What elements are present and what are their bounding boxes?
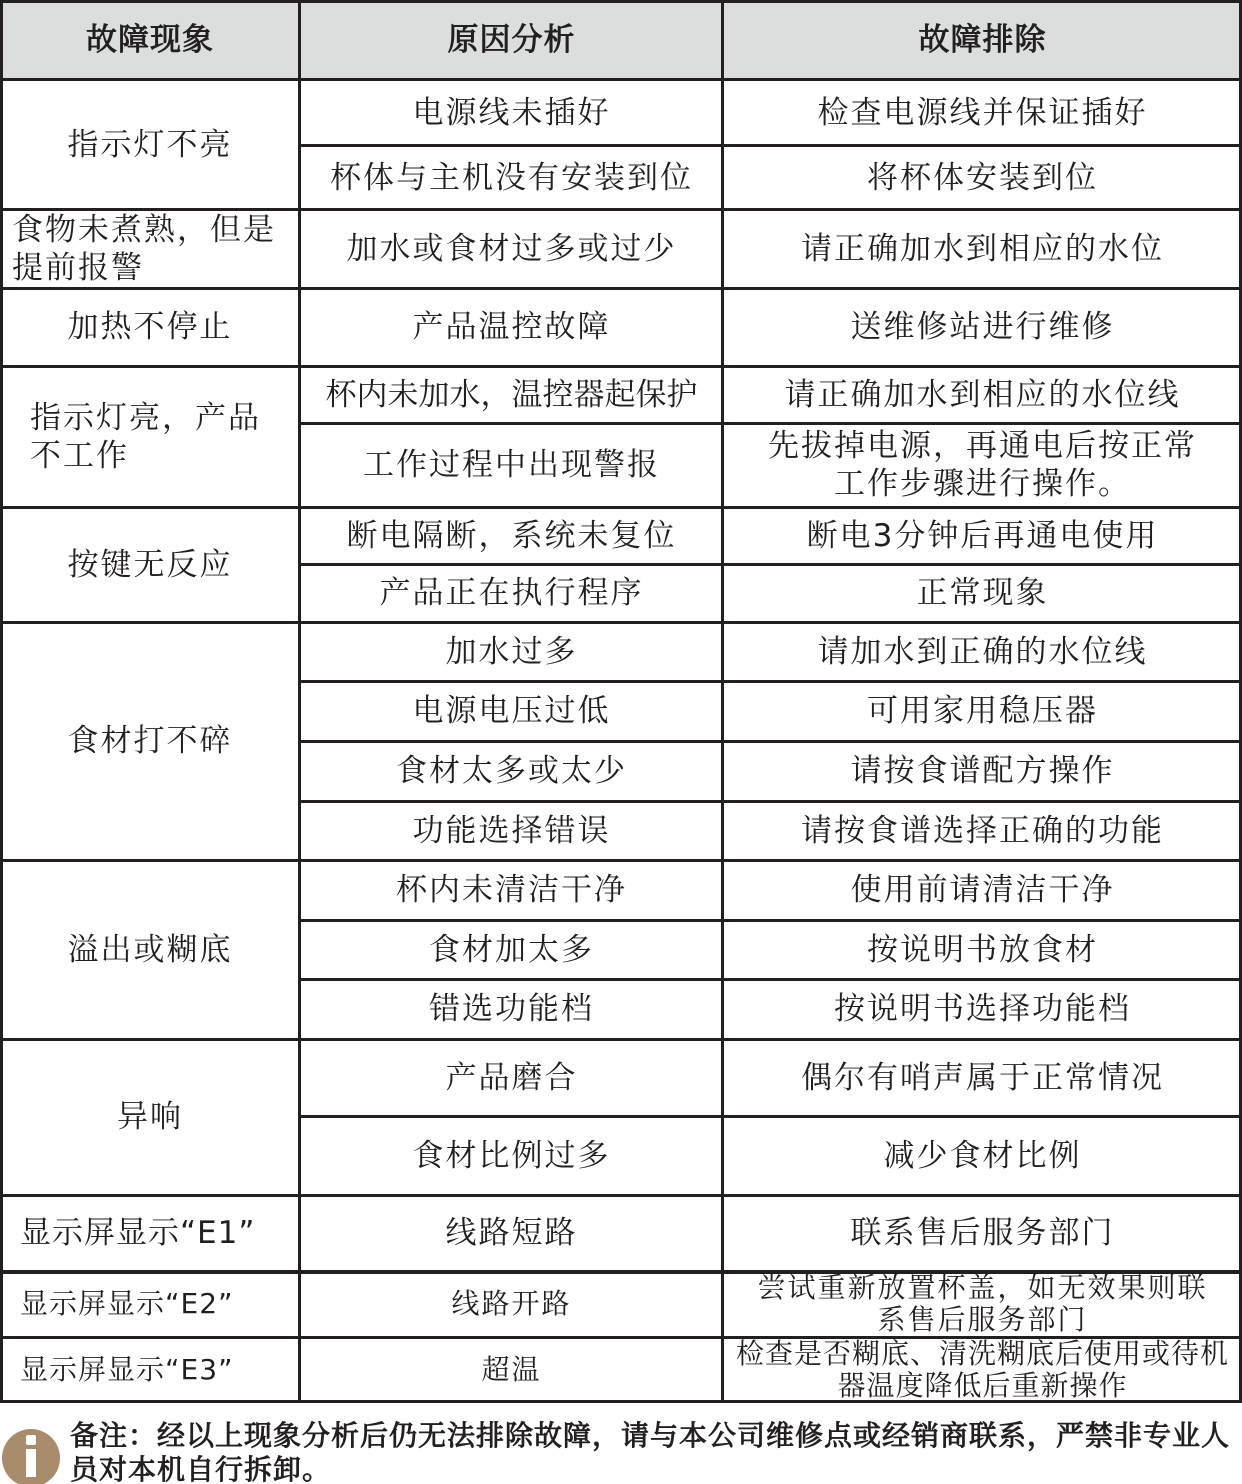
cause-cell: 杯内未加水，温控器起保护 bbox=[300, 366, 723, 423]
table-border bbox=[0, 365, 1242, 368]
cause-cell: 加水或食材过多或过少 bbox=[300, 210, 723, 288]
table-border bbox=[0, 1270, 1242, 1274]
header-symptom: 故障现象 bbox=[0, 0, 300, 80]
table-border bbox=[0, 621, 1242, 624]
solution-cell: 检查电源线并保证插好 bbox=[723, 80, 1242, 145]
cause-cell: 杯体与主机没有安装到位 bbox=[300, 145, 723, 210]
note-text: 备注：经以上现象分析后仍无法排除故障，请与本公司维修点或经销商联系，严禁非专业人… bbox=[70, 1419, 1242, 1484]
table-border bbox=[300, 422, 1242, 425]
table-border bbox=[0, 208, 1242, 211]
cause-cell: 杯内未清洁干净 bbox=[300, 860, 723, 920]
table-border bbox=[300, 1115, 1242, 1118]
table-border bbox=[300, 144, 1242, 147]
symptom-cell: 异响 bbox=[0, 1039, 300, 1195]
table-border bbox=[0, 1194, 1242, 1197]
table-border bbox=[0, 0, 3, 1403]
symptom-cell: 显示屏显示“E1” bbox=[0, 1195, 300, 1271]
table-border bbox=[0, 1336, 1242, 1339]
solution-cell: 请加水到正确的水位线 bbox=[723, 622, 1242, 681]
solution-cell: 断电3分钟后再通电使用 bbox=[723, 507, 1242, 564]
solution-cell: 请按食谱配方操作 bbox=[723, 741, 1242, 801]
solution-cell: 请正确加水到相应的水位 bbox=[723, 210, 1242, 288]
cause-cell: 食材比例过多 bbox=[300, 1116, 723, 1195]
table-border bbox=[300, 563, 1242, 566]
solution-cell: 按说明书放食材 bbox=[723, 920, 1242, 979]
table-border bbox=[0, 1400, 1242, 1403]
cause-cell: 食材太多或太少 bbox=[300, 741, 723, 801]
cause-cell: 错选功能档 bbox=[300, 979, 723, 1039]
table-border bbox=[0, 506, 1242, 509]
solution-cell: 先拔掉电源，再通电后按正常工作步骤进行操作。 bbox=[723, 423, 1242, 507]
table-border bbox=[721, 0, 724, 1403]
cause-cell: 产品磨合 bbox=[300, 1039, 723, 1116]
solution-cell: 检查是否糊底、清洗糊底后使用或待机器温度降低后重新操作 bbox=[723, 1337, 1242, 1402]
note-section: 备注：经以上现象分析后仍无法排除故障，请与本公司维修点或经销商联系，严禁非专业人… bbox=[0, 1415, 1242, 1484]
solution-cell: 减少食材比例 bbox=[723, 1116, 1242, 1195]
solution-cell: 请按食谱选择正确的功能 bbox=[723, 801, 1242, 860]
solution-cell: 可用家用稳压器 bbox=[723, 681, 1242, 741]
table-border bbox=[300, 800, 1242, 803]
symptom-cell: 显示屏显示“E2” bbox=[0, 1271, 300, 1337]
solution-cell: 联系售后服务部门 bbox=[723, 1195, 1242, 1271]
table-border bbox=[0, 0, 1242, 3]
symptom-cell: 指示灯不亮 bbox=[0, 80, 300, 210]
solution-cell: 使用前请清洁干净 bbox=[723, 860, 1242, 920]
table-border bbox=[300, 978, 1242, 981]
header-solution: 故障排除 bbox=[723, 0, 1242, 80]
cause-cell: 线路短路 bbox=[300, 1195, 723, 1271]
cause-cell: 功能选择错误 bbox=[300, 801, 723, 860]
cause-cell: 工作过程中出现警报 bbox=[300, 423, 723, 507]
cause-cell: 食材加太多 bbox=[300, 920, 723, 979]
table-border bbox=[300, 919, 1242, 922]
symptom-cell: 食材打不碎 bbox=[0, 622, 300, 860]
table-border bbox=[300, 680, 1242, 683]
symptom-cell: 显示屏显示“E3” bbox=[0, 1337, 300, 1402]
cause-cell: 断电隔断，系统未复位 bbox=[300, 507, 723, 564]
solution-cell: 请正确加水到相应的水位线 bbox=[723, 366, 1242, 423]
cause-cell: 加水过多 bbox=[300, 622, 723, 681]
header-cause: 原因分析 bbox=[300, 0, 723, 80]
cause-cell: 产品正在执行程序 bbox=[300, 564, 723, 622]
symptom-cell: 按键无反应 bbox=[0, 507, 300, 622]
cause-cell: 产品温控故障 bbox=[300, 288, 723, 366]
table-border bbox=[0, 287, 1242, 290]
info-icon bbox=[2, 1429, 60, 1484]
table-border bbox=[0, 859, 1242, 862]
table-border bbox=[0, 78, 1242, 81]
solution-cell: 尝试重新放置杯盖，如无效果则联系售后服务部门 bbox=[723, 1271, 1242, 1337]
solution-cell: 正常现象 bbox=[723, 564, 1242, 622]
cause-cell: 电源电压过低 bbox=[300, 681, 723, 741]
table-border bbox=[298, 0, 301, 1403]
symptom-cell: 加热不停止 bbox=[0, 288, 300, 366]
table-border bbox=[300, 740, 1242, 743]
cause-cell: 线路开路 bbox=[300, 1271, 723, 1337]
cause-cell: 超温 bbox=[300, 1337, 723, 1402]
solution-cell: 将杯体安装到位 bbox=[723, 145, 1242, 210]
table-border bbox=[0, 1038, 1242, 1041]
cause-cell: 电源线未插好 bbox=[300, 80, 723, 145]
symptom-cell: 指示灯亮，产品不工作 bbox=[0, 366, 300, 507]
symptom-cell: 溢出或糊底 bbox=[0, 860, 300, 1039]
symptom-cell: 食物未煮熟，但是提前报警 bbox=[0, 210, 300, 288]
solution-cell: 送维修站进行维修 bbox=[723, 288, 1242, 366]
solution-cell: 偶尔有哨声属于正常情况 bbox=[723, 1039, 1242, 1116]
solution-cell: 按说明书选择功能档 bbox=[723, 979, 1242, 1039]
